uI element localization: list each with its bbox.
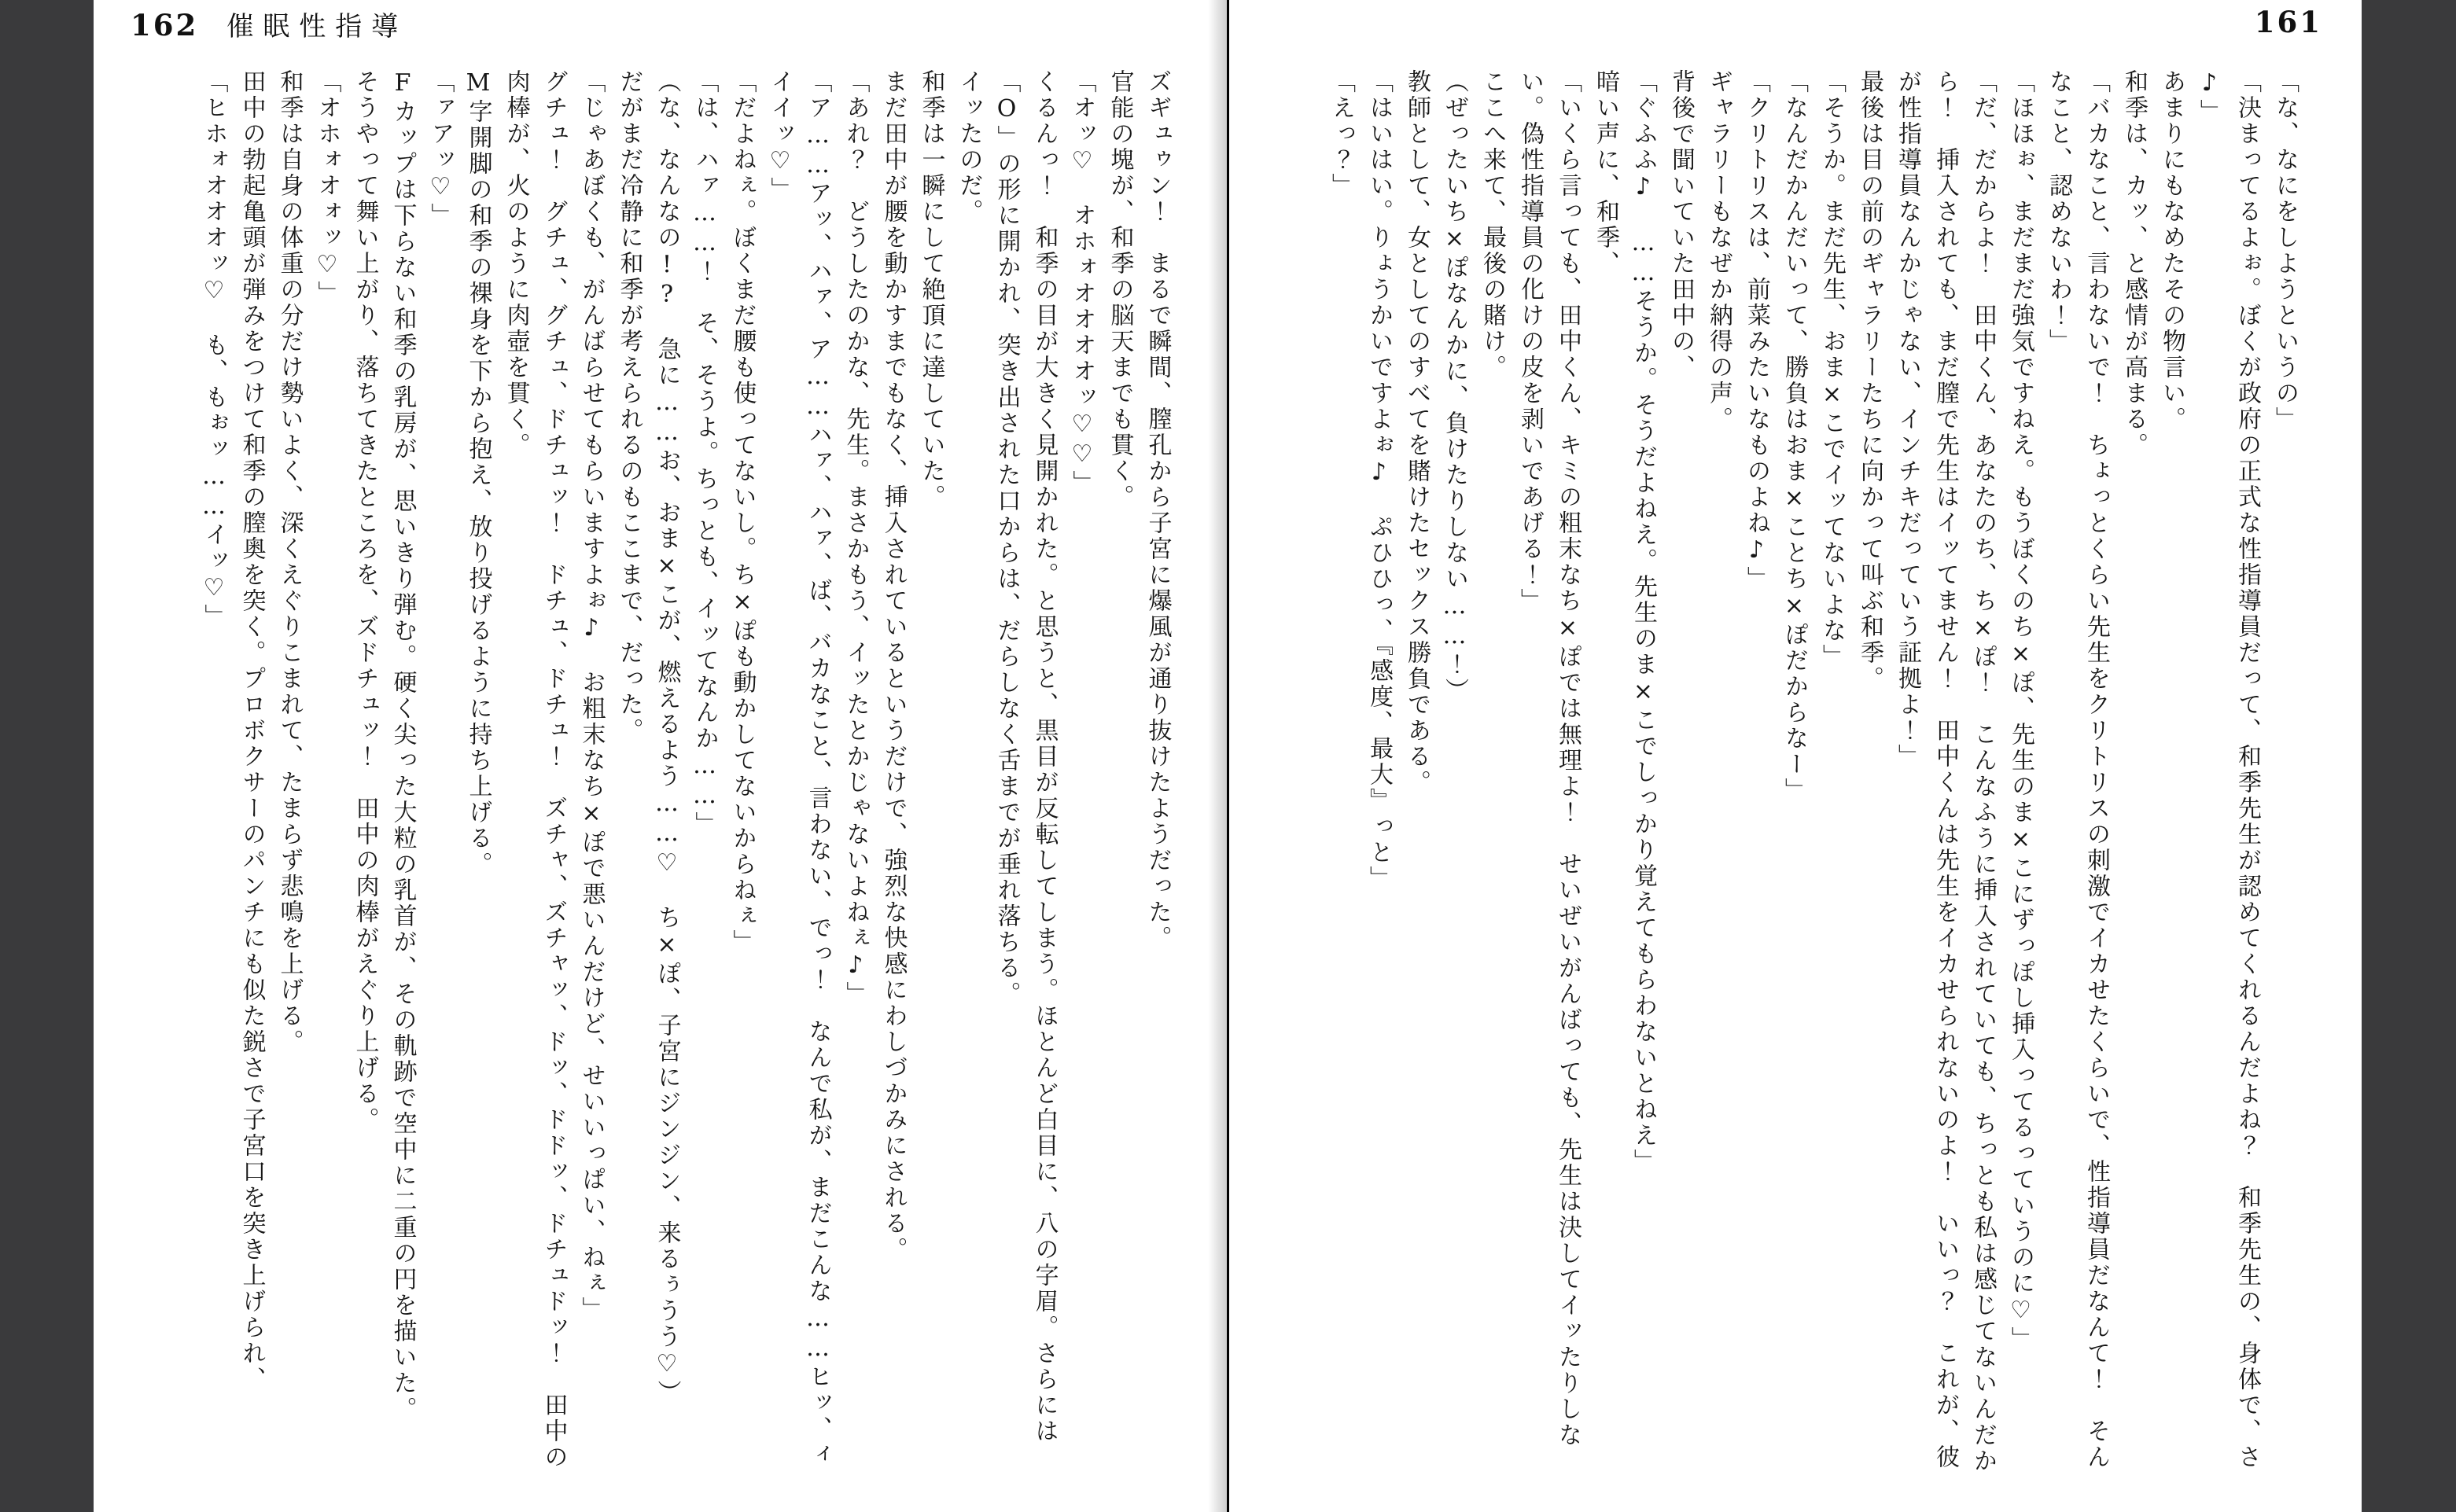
paragraph: 田中の勃起亀頭が弾みをつけて和季の膣奥を突く。プロボクサーのパンチにも似た鋭さで… [233,69,271,1481]
paragraph: 「はいはい。りょうかいですよぉ♪ ぷひひっ、『感度、最大』っと」 [1360,69,1397,1481]
page-header: 162催眠性指導 [131,5,407,43]
paragraph: M字開脚の和季の裸身を下から抱え、放り投げるように持ち上げる。 [459,69,497,1481]
paragraph: 「ぐふふ♪ ……そうか。そうだよねえ。先生のま×こでしっかり覚えてもらわないとね… [1624,69,1662,1481]
paragraph: 暗い声に、和季、 [1586,69,1624,1481]
paragraph: 「なんだかんだいって、勝負はおま×ことち×ぽだからなー」 [1775,69,1813,1481]
paragraph: 「ァアッ♡」 [422,69,459,1481]
paragraph: 「いくら言っても、田中くん、キミの粗末なち×ぽでは無理よ！ せいぜいがんばっても… [1511,69,1586,1481]
viewer-right-margin [2362,0,2456,1512]
viewer-left-margin [0,0,94,1512]
paragraph: ズギュゥン！ まるで瞬間、膣孔から子宮に爆風が通り抜けたようだった。 [1139,69,1176,1481]
paragraph: 「な、なにをしようというの」 [2266,69,2303,1481]
page-number: 162 [131,8,198,42]
paragraph: 「ヒホォオオオッ♡ も、もぉッ……イッ♡」 [195,69,233,1481]
paragraph: あまりにもなめたその物言い。 [2152,69,2190,1481]
paragraph: 「じゃあぼくも、がんばらせてもらいますよぉ♪ お粗末なち×ぽで悪いんだけど、せい… [573,69,610,1481]
paragraph: 「だ、だからよ！ 田中くん、あなたのち、ち×ぽ！ こんなふうに挿入されていても、… [1888,69,2001,1481]
paragraph: ここへ来て、最後の賭け。 [1473,69,1511,1481]
paragraph: 「えっ？」 [1322,69,1360,1481]
paragraph: ギャラリーもなぜか納得の声。 [1699,69,1737,1481]
paragraph: 「オホォオォッ♡」 [308,69,346,1481]
paragraph: 「あれ？ どうしたのかな、先生。まさかもう、イッたとかじゃないよねぇ♪」 [837,69,875,1481]
paragraph: 「そうか。まだ先生、おま×こでイッてないよな」 [1813,69,1850,1481]
paragraph: くるんっ！ 和季の目が大きく見開かれた。と思うと、黒目が反転してしまう。ほとんど… [988,69,1063,1481]
paragraph: 和季は、カッ、と感情が高まる。 [2115,69,2152,1481]
page-header: 161 [2255,5,2322,39]
paragraph: そうやって舞い上がり、落ちてきたところを、ズドチュッ！ 田中の肉棒がえぐり上げる… [346,69,384,1481]
page-162[interactable]: 162催眠性指導 ズギュゥン！ まるで瞬間、膣孔から子宮に爆風が通り抜けたようだ… [94,0,1227,1512]
paragraph: 「オッ♡ オホォオオオオッ♡♡」 [1063,69,1101,1481]
paragraph: 「バカなこと、言わないで！ ちょっとくらい先生をクリトリスの刺激でイカせたくらい… [2039,69,2115,1481]
paragraph: 「ほほぉ、まだまだ強気ですねえ。もうぼくのち×ぽ、先生のま×こにずっぽし挿入って… [2001,69,2039,1481]
paragraph: Fカップは下らない和季の乳房が、思いきり弾む。硬く尖った大粒の乳首が、その軌跡で… [384,69,422,1481]
paragraph: （ぜったいち×ぽなんかに、負けたりしない……！） [1435,69,1473,1481]
paragraph: グチュ！ グチュ、グチュ、ドチュッ！ ドチュ、ドチュ！ ズチャ、ズチャッ、ドッ、… [497,69,573,1481]
paragraph: 「ア……アッ、ハァ、ア……ハァ、ハァ、ば、バカなこと、言わない、でっ！ なんで私… [761,69,837,1481]
page-text-vertical: 「な、なにをしようというの」「決まってるよぉ。ぼくが政府の正式な性指導員だって、… [1253,69,2304,1481]
paragraph: 官能の塊が、和季の脳天までも貫く。 [1101,69,1139,1481]
paragraph: 和季は自身の体重の分だけ勢いよく、深くえぐりこまれて、たまらず悲鳴を上げる。 [271,69,308,1481]
paragraph: 「決まってるよぉ。ぼくが政府の正式な性指導員だって、和季先生が認めてくれるんだよ… [2190,69,2266,1481]
paragraph: まだ田中が腰を動かすまでもなく、挿入されているというだけで、強烈な快感にわしづか… [875,69,912,1481]
ebook-viewer: 162催眠性指導 ズギュゥン！ まるで瞬間、膣孔から子宮に爆風が通り抜けたようだ… [0,0,2456,1512]
paragraph: 和季は一瞬にして絶頂に達していた。 [912,69,950,1481]
paragraph: （な、なんなの!? 急に……お、おま×こが、燃えるよう……♡ ち×ぽ、子宮にジン… [648,69,686,1481]
paragraph: 「だよねぇ。ぼくまだ腰も使ってないし。ち×ぽも動かしてないからねぇ」 [724,69,761,1481]
book-spread: 162催眠性指導 ズギュゥン！ まるで瞬間、膣孔から子宮に爆風が通り抜けたようだ… [94,0,2362,1512]
paragraph: 「クリトリスは、前菜みたいなものよね♪」 [1737,69,1775,1481]
paragraph: 最後は目の前のギャラリーたちに向かって叫ぶ和季。 [1850,69,1888,1481]
paragraph: 教師として、女としてのすべてを賭けたセックス勝負である。 [1397,69,1435,1481]
paragraph: だがまだ冷静に和季が考えられるのもここまで、だった。 [610,69,648,1481]
chapter-title: 催眠性指導 [226,11,407,42]
paragraph: イッたのだ。 [950,69,988,1481]
page-161[interactable]: 161 「な、なにをしようというの」「決まってるよぉ。ぼくが政府の正式な性指導員… [1229,0,2362,1512]
page-number: 161 [2255,5,2322,39]
paragraph: 「は、ハァ……！ そ、そうよ。ちっとも、イッてなんか……」 [686,69,724,1481]
page-text-vertical: ズギュゥン！ まるで瞬間、膣孔から子宮に爆風が通り抜けたようだった。官能の塊が、… [117,69,1176,1481]
paragraph: 背後で聞いていた田中の、 [1662,69,1699,1481]
